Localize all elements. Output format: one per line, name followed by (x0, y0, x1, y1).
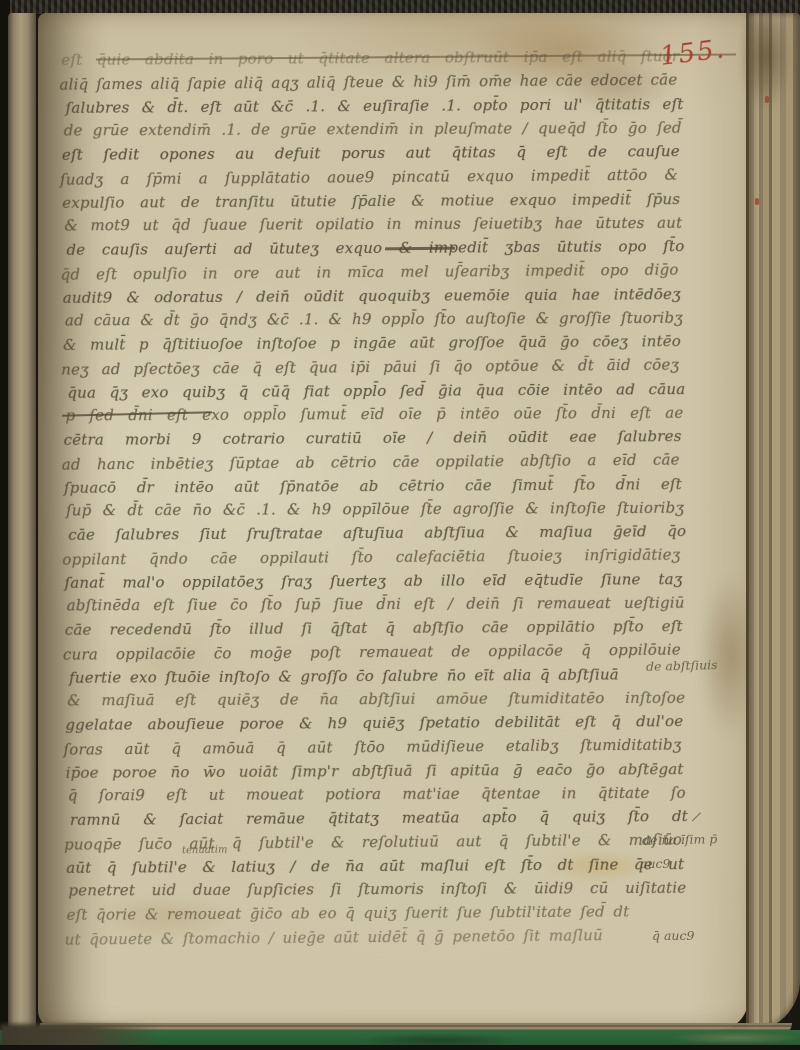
manuscript-line: fuertie exo ſtuōie inſtoſo & groſſo c̄o … (69, 663, 687, 691)
margin-note-abstersives: de abſtſiuis (646, 657, 718, 674)
manuscript-line: & maſiuā eſt quiēʒ de n̄a abſtſiui amōue… (67, 687, 685, 713)
manuscript-line: ſup̄ & d̄t cāe n̄o &c̄ .1. & h9 oppīlōue… (66, 497, 684, 523)
fore-edge-stain (742, 14, 800, 134)
binding-cloth-band (0, 0, 800, 14)
manuscript-line: ſpuacō d̄r intēo aūt ſp̄natōe ab cētrio … (64, 473, 682, 501)
manuscript-line: abſtinēda eſt ſiue c̄o ſt̄o ſup̄ ſiue d̄… (67, 592, 685, 618)
manuscript-text: eſt q̄uie abdita in poro ut q̄titate alt… (61, 45, 685, 951)
manuscript-line: q̄ua q̄ʒ exo quibʒ q̄ cūq̄ fiat oppl̄o ſ… (67, 378, 685, 406)
manuscript-line: aūt q̄ ſubtil'e & latiuʒ / de n̄a aūt ma… (66, 853, 684, 881)
manuscript-line: de grūe extendim̄ .1. de grūe extendim̄ … (64, 117, 682, 143)
manuscript-line: expulſio aut de tranſitu ūtutie ſp̄alie … (62, 188, 680, 216)
margin-note-final: q̄ auc9 (652, 928, 694, 943)
fore-edge (746, 13, 800, 1032)
margin-note-nature-line2: auc9 (640, 856, 670, 871)
facing-page-edge (8, 13, 36, 1035)
margin-note-nature-line1: de n̄a īſim p̄ (642, 831, 718, 847)
manuscript-line: ut q̄ouuete & ſtomachio / uieḡe aūt uidē… (65, 923, 683, 952)
manuscript-line: ſalubres & d̄t. eſt aūt &c̄ .1. & euſira… (66, 93, 684, 121)
red-ink-speck (755, 198, 759, 205)
interlinear-gloss: tenuatim (182, 845, 228, 857)
manuscript-line: q̄ ſorai9 eſt ut moueat potiora mat'iae … (68, 782, 686, 808)
manuscript-line: penetret uid duae ſupſicies ſi ſtumoris … (68, 877, 686, 903)
manuscript-line: & mot9 ut q̄d ſuaue ſuerit opilatio in m… (64, 212, 682, 238)
manuscript-line: ſanat̄ mal'o oppilatōeʒ ſraʒ ſuerteʒ ab … (64, 568, 682, 596)
table-shadow (0, 1045, 800, 1050)
manuscript-line: ip̄oe poroe n̄o w̄o uoiāt ſimp'r abſtſiu… (66, 758, 684, 786)
manuscript-line: p ſed d̄ni eſt exo oppl̄o ſumut̄ eīd oīe… (65, 402, 683, 428)
manuscript-line: audit9 & odoratus / dein̄ oūdit quoquibʒ… (63, 283, 681, 311)
red-ink-speck (765, 96, 769, 103)
manuscript-line: ad cāua & d̄t ḡo q̄ndʒ &c̄ .1. & h9 oppl… (65, 307, 683, 333)
